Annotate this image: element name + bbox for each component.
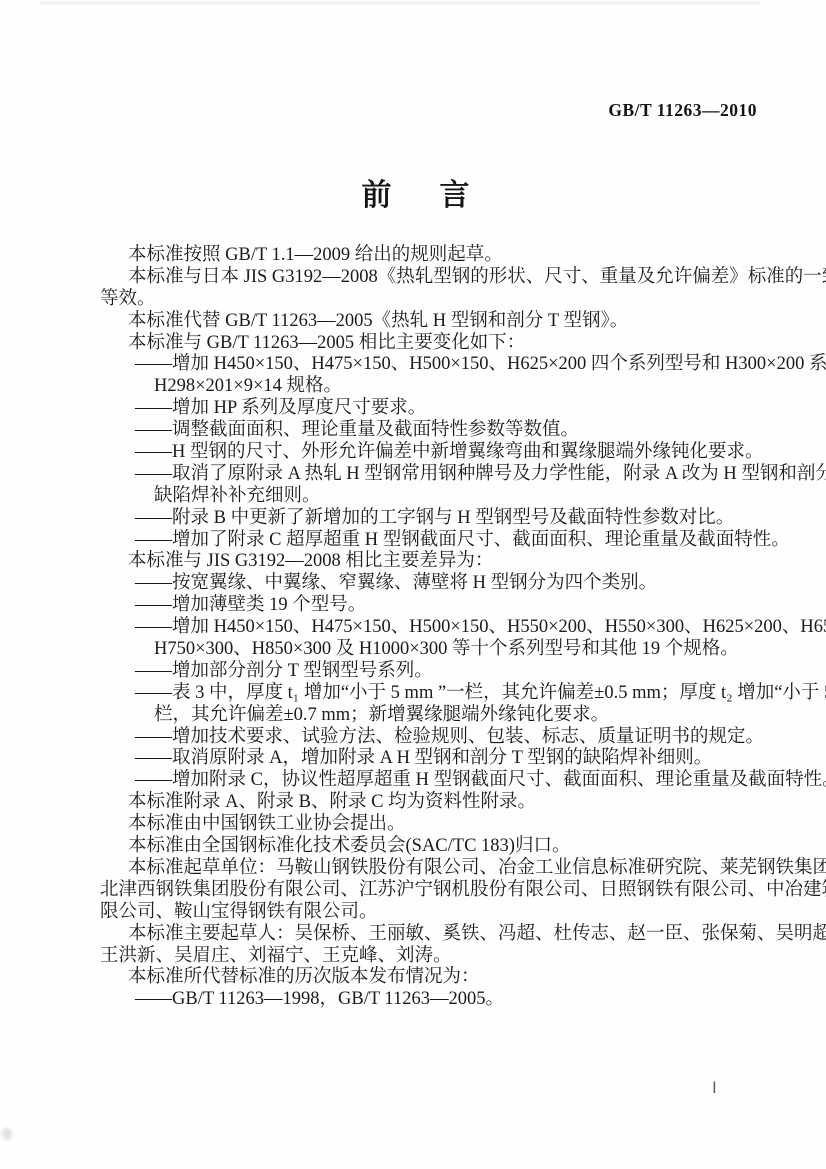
text-line: 王洪新、吴眉庄、刘福宁、王克峰、刘涛。 (100, 946, 780, 968)
text-line: ——H 型钢的尺寸、外形允许偏差中新增翼缘弯曲和翼缘腿端外缘钝化要求。 (100, 442, 780, 464)
text-line: 本标准所代替标准的历次版本发布情况为： (100, 967, 780, 989)
page-title: 前 言 (100, 170, 740, 214)
text-line: ——增加技术要求、试验方法、检验规则、包装、标志、质量证明书的规定。 (100, 727, 780, 749)
scan-artifact-top-edge (40, 2, 760, 4)
text-line: 本标准由中国钢铁工业协会提出。 (100, 814, 780, 836)
text-line: ——按宽翼缘、中翼缘、窄翼缘、薄壁将 H 型钢分为四个类别。 (100, 573, 780, 595)
text-line: 本标准按照 GB/T 1.1—2009 给出的规则起草。 (100, 245, 780, 267)
text-line: ——GB/T 11263—1998，GB/T 11263—2005。 (100, 989, 780, 1011)
page-number: Ⅰ (712, 1078, 718, 1098)
text-line: H750×300、H850×300 及 H1000×300 等十个系列型号和其他… (100, 639, 780, 661)
text-line: 本标准与 GB/T 11263—2005 相比主要变化如下： (100, 333, 780, 355)
text-line: 本标准代替 GB/T 11263—2005《热轧 H 型钢和剖分 T 型钢》。 (100, 311, 780, 333)
text-line: ——取消了原附录 A 热轧 H 型钢常用钢种牌号及力学性能，附录 A 改为 H … (100, 464, 780, 486)
text-line: ——增加 HP 系列及厚度尺寸要求。 (100, 398, 780, 420)
text-line: ——增加 H450×150、H475×150、H500×150、H625×200… (100, 354, 780, 376)
text-line: 本标准与日本 JIS G3192—2008《热轧型钢的形状、尺寸、重量及允许偏差… (100, 267, 780, 289)
text-line: 本标准附录 A、附录 B、附录 C 均为资料性附录。 (100, 792, 780, 814)
document-page: GB/T 11263—2010 前 言 本标准按照 GB/T 1.1—2009 … (0, 0, 826, 1169)
text-line: ——增加薄壁类 19 个型号。 (100, 595, 780, 617)
text-line: ——增加附录 C，协议性超厚超重 H 型钢截面尺寸、截面面积、理论重量及截面特性… (100, 770, 780, 792)
text-line: 限公司、鞍山宝得钢铁有限公司。 (100, 902, 780, 924)
text-line: ——增加部分剖分 T 型钢型号系列。 (100, 661, 780, 683)
text-line: 北津西钢铁集团股份有限公司、江苏沪宁钢机股份有限公司、日照钢铁有限公司、中冶建筑… (100, 880, 780, 902)
text-line: ——调整截面面积、理论重量及截面特性参数等数值。 (100, 420, 780, 442)
text-line: 等效。 (100, 289, 780, 311)
text-line: H298×201×9×14 规格。 (100, 376, 780, 398)
scan-artifact-smudge (2, 1128, 12, 1140)
text-line: 本标准与 JIS G3192—2008 相比主要差异为： (100, 551, 780, 573)
text-line: 本标准起草单位：马鞍山钢铁股份有限公司、冶金工业信息标准研究院、莱芜钢铁集团有限… (100, 858, 780, 880)
foreword-body: 本标准按照 GB/T 1.1—2009 给出的规则起草。本标准与日本 JIS G… (100, 245, 780, 1011)
text-line: ——附录 B 中更新了新增加的工字钢与 H 型钢型号及截面特性参数对比。 (100, 508, 780, 530)
text-line: 栏，其允许偏差±0.7 mm；新增翼缘腿端外缘钝化要求。 (100, 705, 780, 727)
text-line: ——增加 H450×150、H475×150、H500×150、H550×200… (100, 617, 780, 639)
text-line: ——取消原附录 A，增加附录 A H 型钢和剖分 T 型钢的缺陷焊补细则。 (100, 748, 780, 770)
text-line: ——增加了附录 C 超厚超重 H 型钢截面尺寸、截面面积、理论重量及截面特性。 (100, 530, 780, 552)
text-line: 本标准主要起草人：吴保桥、王丽敏、奚铁、冯超、杜传志、赵一臣、张保菊、吴明超、刘… (100, 924, 780, 946)
text-line: 本标准由全国钢标准化技术委员会(SAC/TC 183)归口。 (100, 836, 780, 858)
text-line: ——表 3 中，厚度 t₁ 增加“小于 5 mm ”一栏，其允许偏差±0.5 m… (100, 683, 780, 705)
standard-code: GB/T 11263—2010 (608, 100, 757, 121)
text-line: 缺陷焊补补充细则。 (100, 486, 780, 508)
